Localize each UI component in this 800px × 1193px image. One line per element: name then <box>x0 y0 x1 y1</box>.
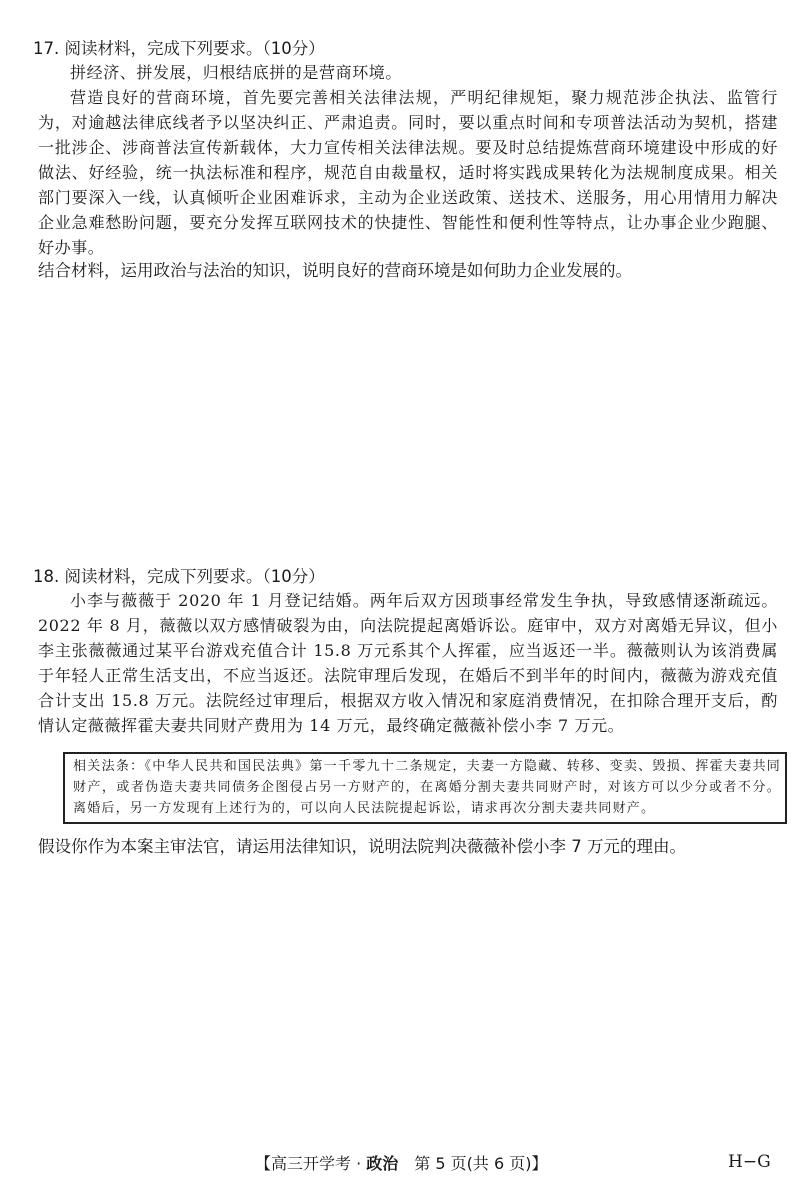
question-18-heading: 18. 阅读材料，完成下列要求。（10分） <box>33 563 325 587</box>
question-18-material: 小李与薇薇于 2020 年 1 月登记结婚。两年后双方因琐事经常发生争执，导致感… <box>38 588 778 738</box>
material-paragraph: 小李与薇薇于 2020 年 1 月登记结婚。两年后双方因琐事经常发生争执，导致感… <box>38 588 778 738</box>
footer-subject: 政治 <box>366 1154 398 1173</box>
material-paragraph: 拼经济、拼发展，归根结底拼的是营商环境。 <box>38 60 778 85</box>
question-17-heading: 17. 阅读材料，完成下列要求。（10分） <box>33 35 325 59</box>
footer-exam-name: 【高三开学考 · <box>255 1154 366 1173</box>
law-article-box: 相关法条：《中华人民共和国民法典》第一千零九十二条规定，夫妻一方隐藏、转移、变卖… <box>63 752 787 824</box>
footer-page-info: 第 5 页(共 6 页)】 <box>398 1154 547 1173</box>
question-17-material: 拼经济、拼发展，归根结底拼的是营商环境。 营造良好的营商环境，首先要完善相关法律… <box>38 60 778 260</box>
material-paragraph: 营造良好的营商环境，首先要完善相关法律法规，严明纪律规矩，聚力规范涉企执法、监管… <box>38 85 778 260</box>
footer-paper-code: H−G <box>728 1152 771 1172</box>
page-footer: 【高三开学考 · 政治 第 5 页(共 6 页)】 <box>255 1151 547 1174</box>
question-18-prompt: 假设你作为本案主审法官，请运用法律知识，说明法院判决薇薇补偿小李 7 万元的理由… <box>38 833 686 857</box>
law-article-text: 相关法条：《中华人民共和国民法典》第一千零九十二条规定，夫妻一方隐藏、转移、变卖… <box>73 756 781 819</box>
question-17-prompt: 结合材料，运用政治与法治的知识，说明良好的营商环境是如何助力企业发展的。 <box>38 257 632 281</box>
